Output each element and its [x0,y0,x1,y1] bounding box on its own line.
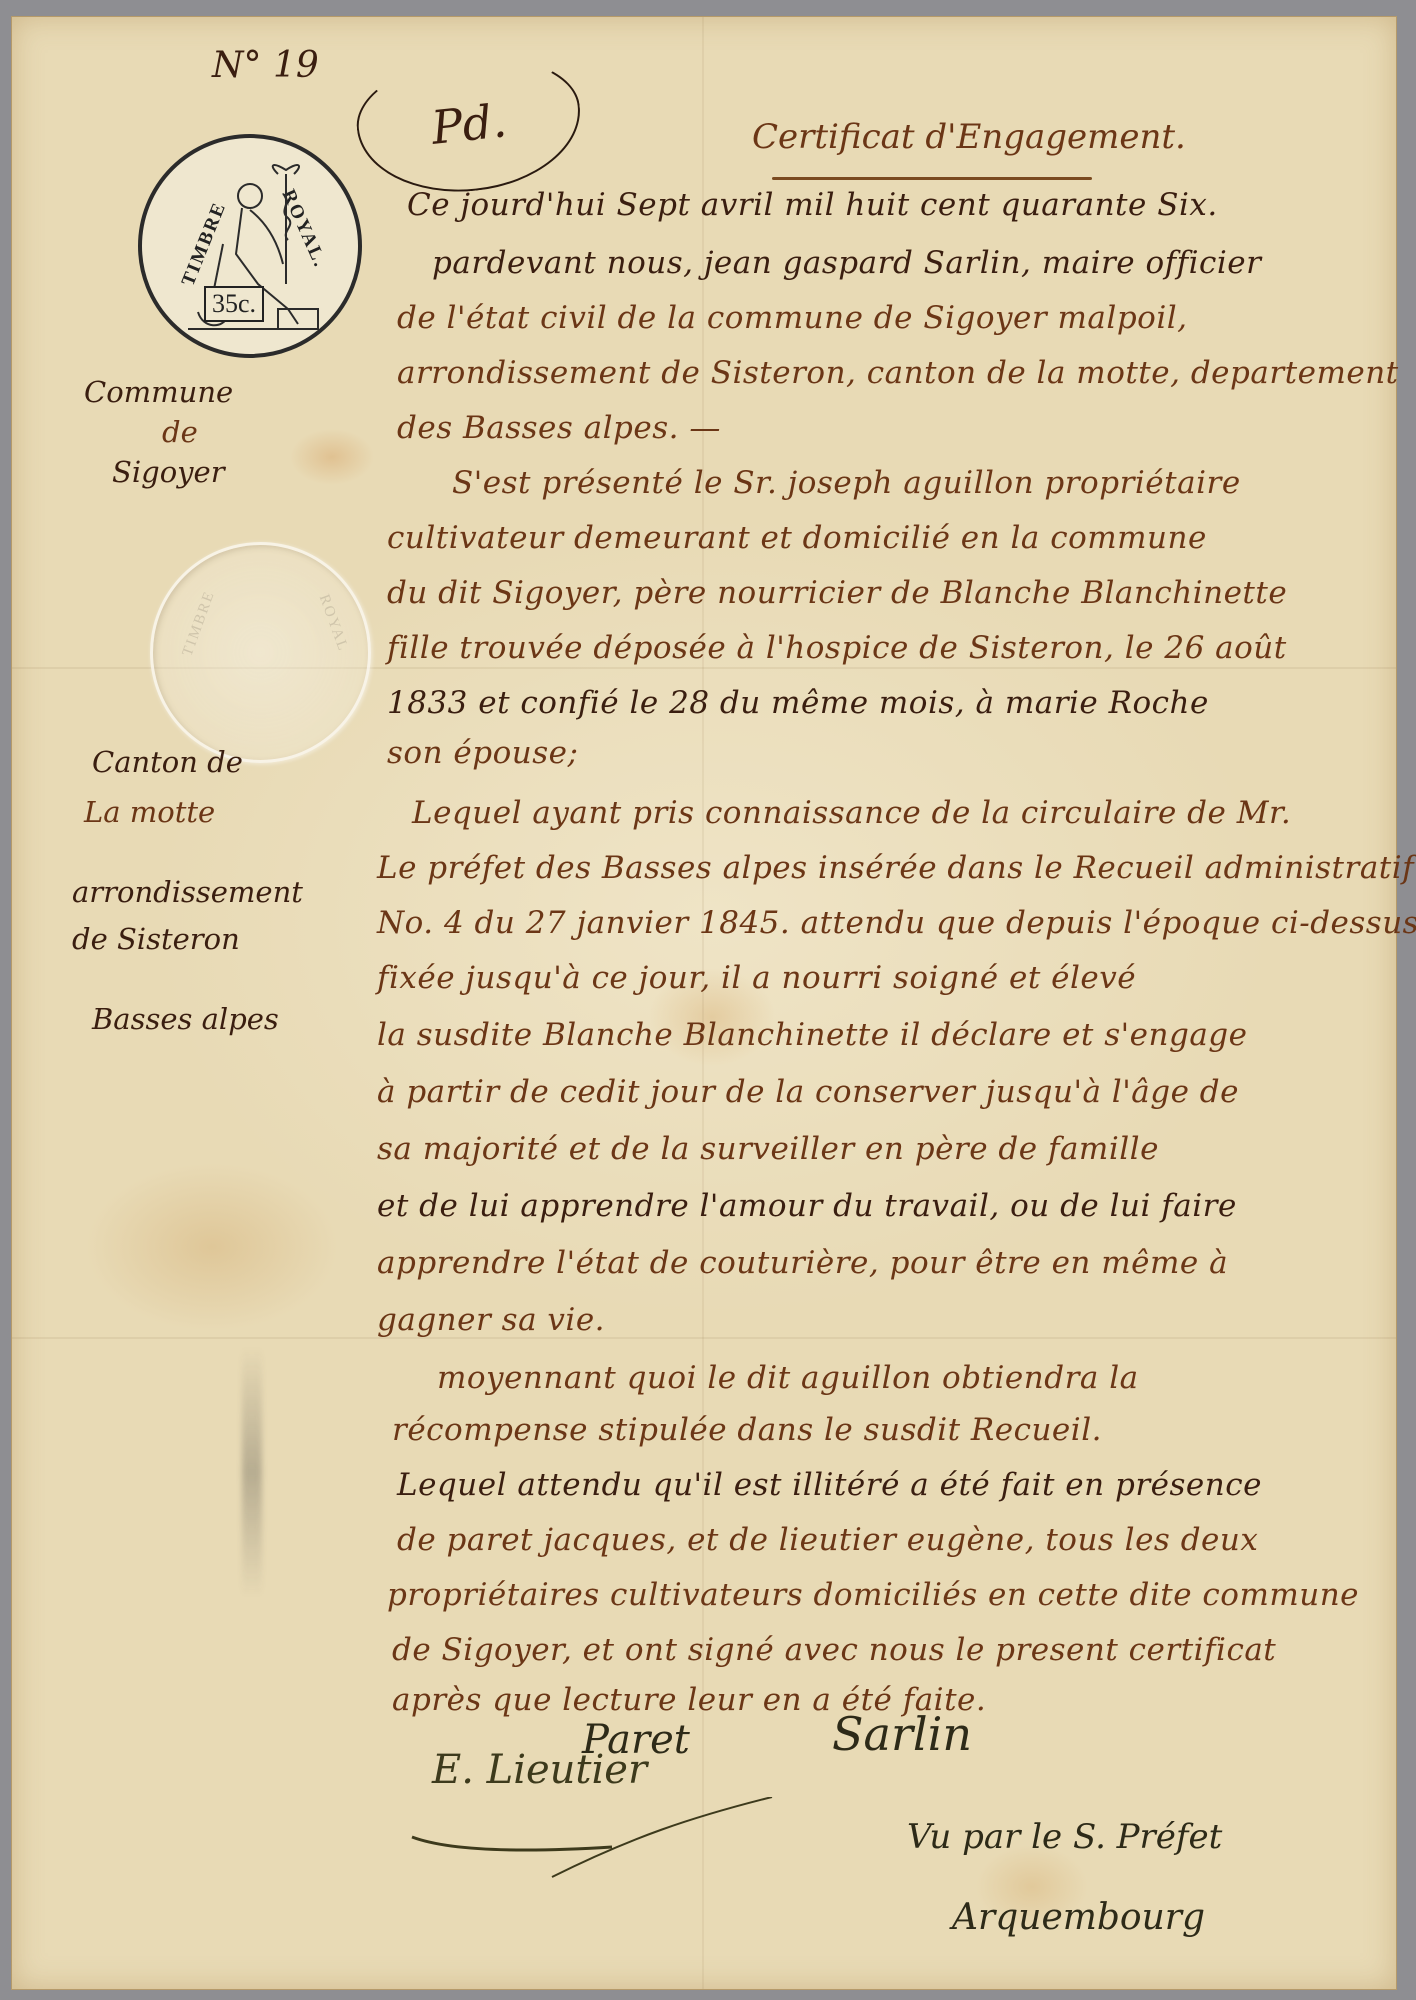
body-line: fille trouvée déposée à l'hospice de Sis… [387,630,1287,666]
margin-note: La motte [84,795,215,829]
body-line: S'est présenté le Sr. joseph aguillon pr… [452,465,1241,501]
mercury-figure-icon [138,134,362,358]
margin-note-commune: Commune [84,375,233,409]
margin-note-department: Basses alpes [92,1002,279,1036]
body-line: Le préfet des Basses alpes insérée dans … [377,850,1414,886]
body-line: Ce jourd'hui Sept avril mil huit cent qu… [407,187,1218,223]
body-line: gagner sa vie. [377,1302,605,1338]
initials-text: Pd. [429,93,509,155]
body-line: moyennant quoi le dit aguillon obtiendra… [437,1360,1139,1396]
embossed-seal: TIMBRE ROYAL [150,542,371,763]
document-page: N° 19 Pd. TIMBRE ROYAL. 35c. TIMBRE ROYA… [11,16,1397,1990]
margin-note: de [162,415,198,449]
paper-fold [12,1337,1396,1339]
body-line: pardevant nous, jean gaspard Sarlin, mai… [432,245,1261,281]
body-line: à partir de cedit jour de la conserver j… [377,1074,1239,1110]
body-line: Lequel ayant pris connaissance de la cir… [412,795,1291,831]
body-line: de Sigoyer, et ont signé avec nous le pr… [392,1632,1276,1668]
body-line: son épouse; [387,735,578,771]
body-line: des Basses alpes. — [397,410,721,446]
body-line: Lequel attendu qu'il est illitéré a été … [397,1467,1262,1503]
body-line: No. 4 du 27 janvier 1845. attendu que de… [377,905,1416,941]
document-title: Certificat d'Engagement. [752,117,1186,157]
body-line: de l'état civil de la commune de Sigoyer… [397,300,1188,336]
document-number: N° 19 [212,45,319,86]
body-line: et de lui apprendre l'amour du travail, … [377,1188,1237,1224]
body-line: apprendre l'état de couturière, pour êtr… [377,1245,1228,1281]
body-line: de paret jacques, et de lieutier eugène,… [397,1522,1258,1558]
body-line: arrondissement de Sisteron, canton de la… [397,355,1399,391]
margin-note-sigoyer: Sigoyer [112,455,225,489]
signature-flourish-icon [392,1797,992,1977]
body-line: cultivateur demeurant et domicilié en la… [387,520,1207,556]
emboss-text-right: ROYAL [315,592,352,654]
ink-smear [242,1347,262,1597]
initials-mark: Pd. [351,46,588,203]
body-line: la susdite Blanche Blanchinette il décla… [377,1017,1248,1053]
signature-paret: Paret [582,1717,690,1763]
signature-sarlin: Sarlin [832,1707,972,1761]
margin-note: de Sisteron [72,922,240,956]
emboss-text-left: TIMBRE [180,588,219,658]
body-line: sa majorité et de la surveiller en père … [377,1131,1159,1167]
margin-note-arrondissement: arrondissement [72,875,303,909]
body-line: 1833 et confié le 28 du même mois, à mar… [387,685,1209,721]
title-underline [772,177,1092,180]
margin-note-canton: Canton de [92,745,243,779]
body-line: du dit Sigoyer, père nourricier de Blanc… [387,575,1287,611]
body-line: propriétaires cultivateurs domiciliés en… [387,1577,1359,1613]
body-line: récompense stipulée dans le susdit Recue… [392,1412,1102,1448]
stamp-value: 35c. [204,286,264,322]
timbre-royal-stamp: TIMBRE ROYAL. 35c. [138,134,362,358]
body-line: fixée jusqu'à ce jour, il a nourri soign… [377,960,1136,996]
